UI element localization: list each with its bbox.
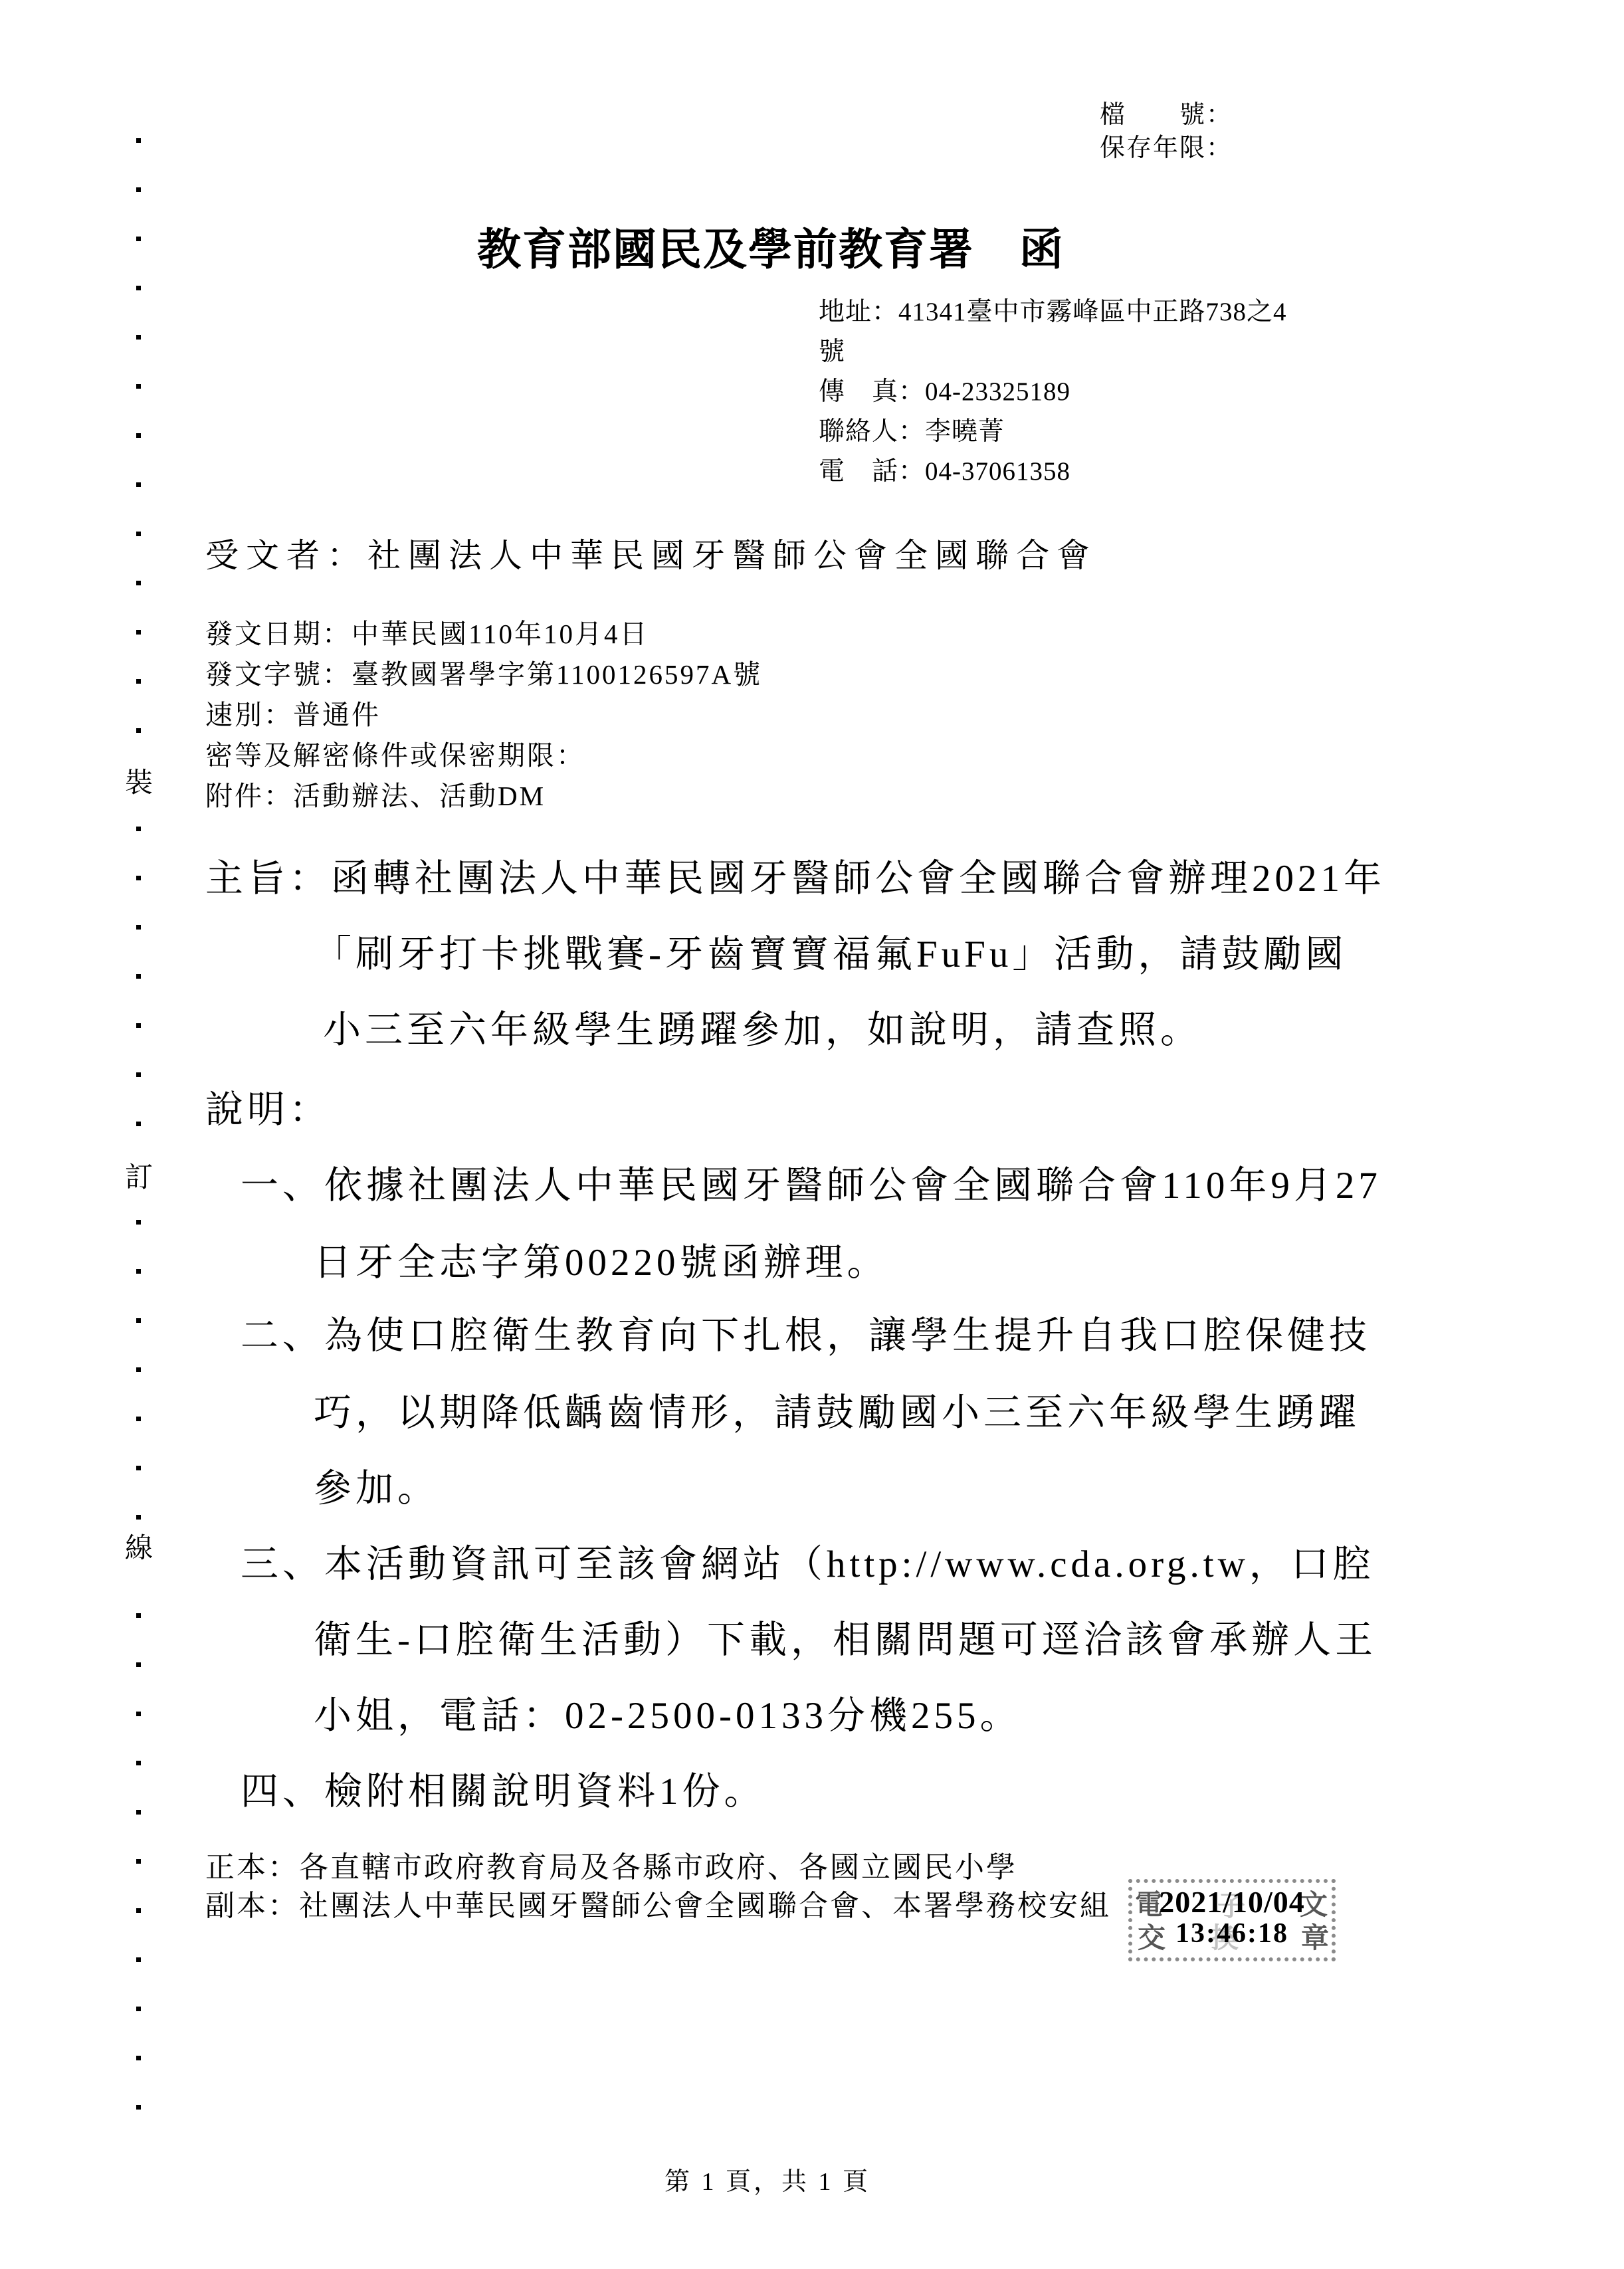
sender-fax: 傳 真：04-23325189: [819, 372, 1287, 412]
page-footer: 第 1 頁，共 1 頁: [664, 2161, 870, 2197]
retention-period-label: 保存年限：: [1100, 132, 1233, 165]
stamp-time: 13:46:18: [1132, 1918, 1332, 1949]
subject-line-3: 小三至六年級學生踴躍參加，如說明，請查照。: [323, 999, 1202, 1054]
electronic-exchange-stamp: 電 子 文 交 換 章 2021/10/04 13:46:18: [1128, 1879, 1336, 1961]
speed-class: 速別：普通件: [205, 695, 762, 736]
explanation-item-2-line-1: 二、為使口腔衛生教育向下扎根，讓學生提升自我口腔保健技: [241, 1305, 1371, 1359]
document-meta-block: 發文日期：中華民國110年10月4日 發文字號：臺教國署學字第110012659…: [205, 614, 762, 817]
file-number-label: 檔 號：: [1100, 98, 1233, 132]
explanation-item-3-line-2: 衛生-口腔衛生活動）下載，相關問題可逕洽該會承辦人王: [314, 1609, 1377, 1664]
sender-info-block: 地址：41341臺中市霧峰區中正路738之4 號 傳 真：04-23325189…: [819, 292, 1287, 492]
document-title: 教育部國民及學前教育署 函: [477, 214, 1065, 277]
subject-line-1: 主旨：函轉社團法人中華民國牙醫師公會全國聯合會辦理2021年: [205, 848, 1385, 902]
explanation-item-2-line-3: 參加。: [314, 1458, 439, 1512]
attachment-note: 附件：活動辦法、活動DM: [205, 776, 762, 817]
item-3-text-1: 本活動資訊可至該會網站（http://www.cda.org.tw，口腔: [324, 1543, 1375, 1585]
item-3-number: 三、: [241, 1543, 324, 1585]
explanation-item-3-line-1: 三、本活動資訊可至該會網站（http://www.cda.org.tw，口腔: [241, 1533, 1375, 1588]
item-4-text-1: 檢附相關說明資料1份。: [324, 1771, 766, 1813]
explanation-heading: 說明：: [205, 1079, 331, 1134]
item-1-text-1: 依據社團法人中華民國牙醫師公會全國聯合會110年9月27: [324, 1165, 1381, 1207]
security-class: 密等及解密條件或保密期限：: [205, 736, 762, 776]
binding-mark-ding: 訂: [125, 1157, 153, 1199]
sender-address-line1: 地址：41341臺中市霧峰區中正路738之4: [819, 292, 1287, 332]
document-number: 發文字號：臺教國署學字第1100126597A號: [205, 654, 762, 695]
subject-label: 主旨：: [205, 858, 331, 900]
recipient-line: 受文者：社團法人中華民國牙醫師公會全國聯合會: [205, 529, 1097, 577]
explanation-item-2-line-2: 巧，以期降低齲齒情形，請鼓勵國小三至六年級學生踴躍: [314, 1382, 1360, 1436]
stamp-date: 2021/10/04: [1132, 1884, 1332, 1920]
explanation-item-1-line-2: 日牙全志字第00220號函辦理。: [314, 1232, 889, 1286]
binding-mark-xian: 線: [125, 1528, 153, 1569]
issue-date: 發文日期：中華民國110年10月4日: [205, 614, 762, 654]
file-number-block: 檔 號： 保存年限：: [1100, 98, 1233, 165]
subject-text-1: 函轉社團法人中華民國牙醫師公會全國聯合會辦理2021年: [331, 858, 1385, 900]
subject-line-2: 「刷牙打卡挑戰賽-牙齒寶寶福氟FuFu」活動，請鼓勵國: [314, 924, 1347, 978]
explanation-item-1-line-1: 一、依據社團法人中華民國牙醫師公會全國聯合會110年9月27: [241, 1155, 1381, 1209]
explanation-item-4-line-1: 四、檢附相關說明資料1份。: [241, 1761, 766, 1815]
copy-to-original: 正本：各直轄市政府教育局及各縣市政府、各國立國民小學: [205, 1843, 1017, 1886]
sender-contact-person: 聯絡人：李曉菁: [819, 412, 1287, 452]
sender-phone: 電 話：04-37061358: [819, 452, 1287, 492]
item-1-number: 一、: [241, 1165, 324, 1207]
item-2-text-1: 為使口腔衛生教育向下扎根，讓學生提升自我口腔保健技: [324, 1315, 1371, 1357]
scanned-official-letter: 裝 訂 線 檔 號： 保存年限： 教育部國民及學前教育署 函 地址：41341臺…: [0, 0, 1624, 2269]
item-4-number: 四、: [241, 1771, 324, 1813]
sender-address-line2: 號: [819, 332, 1287, 372]
copy-to-cc: 副本：社團法人中華民國牙醫師公會全國聯合會、本署學務校安組: [205, 1882, 1111, 1924]
binding-mark-zhuang: 裝: [125, 763, 153, 804]
binding-dotted-line: [136, 138, 141, 2118]
explanation-item-3-line-3: 小姐，電話：02-2500-0133分機255。: [314, 1685, 1021, 1739]
item-2-number: 二、: [241, 1315, 324, 1357]
